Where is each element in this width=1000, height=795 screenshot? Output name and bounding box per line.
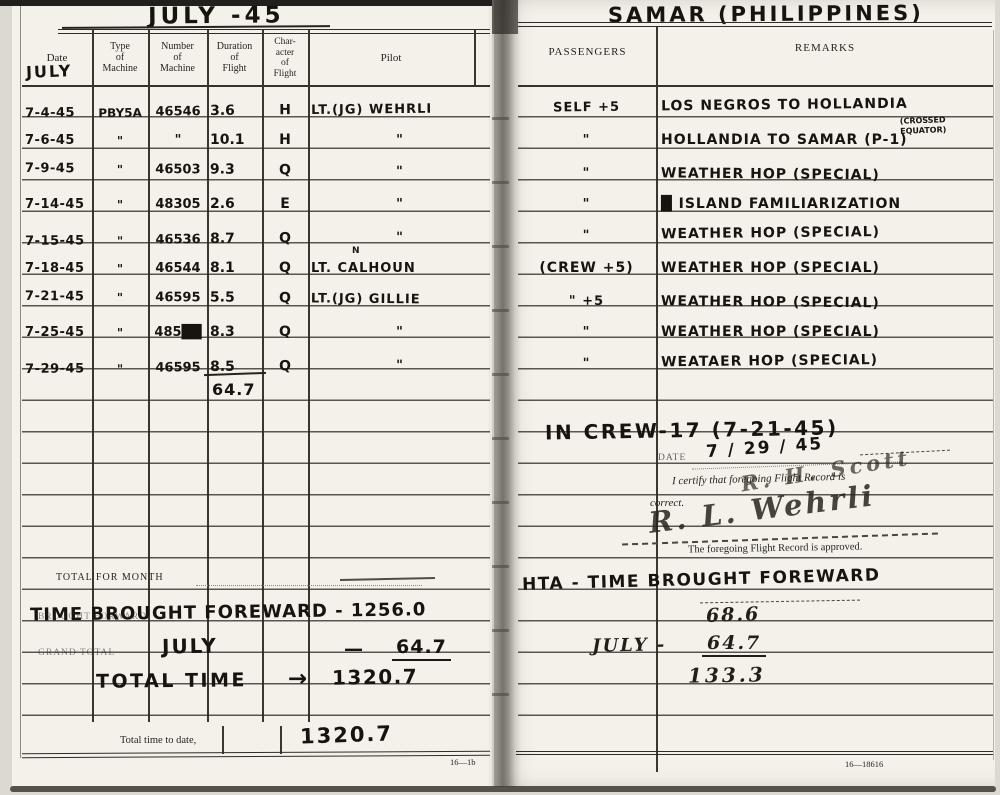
stitch-mark [492, 117, 509, 120]
cell-remarks: WEATHER HOP (SPECIAL) [661, 260, 994, 276]
double-rule-bottom-right-2 [516, 754, 993, 755]
double-rule-top-right-2 [518, 26, 992, 27]
cell-passengers: " +5 [518, 293, 655, 309]
header-character: Char- acter of Flight [262, 37, 308, 80]
double-rule-bottom-right-1 [516, 751, 993, 752]
july-label-hand: JULY [162, 634, 218, 659]
header-number: Number of Machine [148, 41, 207, 75]
cell-passengers: " [518, 197, 655, 212]
double-rule-top-right-1 [518, 22, 992, 23]
total-time-value: 1320.7 [332, 664, 419, 690]
header-duration: Duration of Flight [207, 41, 262, 75]
grand-total-value-right: 133.3 [688, 662, 766, 687]
cell-passengers: " [518, 133, 655, 148]
grand-total-label: GRAND TOTAL [38, 648, 115, 658]
form-number-left: 16—1b [450, 757, 476, 767]
cell-passengers: SELF +5 [518, 99, 655, 115]
cell-passengers: " [518, 355, 655, 371]
july-value-right: 64.7 [702, 632, 766, 657]
total-time-arrow: → [288, 666, 308, 692]
brought-forward-value: 68.6 [706, 603, 761, 627]
month-label: JULY [26, 61, 73, 82]
bottom-cell-line-1 [222, 726, 224, 754]
july-label-right: JULY - [592, 634, 667, 656]
stitch-mark [492, 693, 509, 696]
cell-remarks: WEATHER HOP (SPECIAL) [661, 165, 994, 184]
table-row: " WEATHER HOP (SPECIAL) [0, 312, 1000, 340]
total-time-to-date-label: Total time to date, [120, 735, 196, 746]
double-rule-top-left-1 [58, 29, 490, 30]
scan-bottom-edge [10, 786, 996, 792]
cell-passengers: " [518, 227, 655, 243]
header-type: Type of Machine [92, 41, 148, 75]
stitch-mark [492, 565, 509, 568]
header-pilot: Pilot [308, 52, 474, 64]
col-line-pilot-right [474, 30, 476, 86]
double-rule-top-left-2 [58, 33, 490, 34]
logbook-scan: JULY -45 Date Type of Machine Number of … [0, 0, 1000, 795]
stitch-mark [492, 629, 509, 632]
stitch-mark [492, 437, 509, 440]
stitch-mark [492, 181, 509, 184]
stitch-mark [492, 373, 509, 376]
spine-shadow-top [492, 0, 518, 34]
total-for-month-leader [196, 584, 422, 586]
cell-remarks: █ ISLAND FAMILIARIZATION [661, 196, 994, 212]
bottom-cell-line-2 [280, 726, 282, 754]
table-row: " HOLLANDIA TO SAMAR (P-1) [0, 120, 1000, 148]
table-row: (CREW +5) WEATHER HOP (SPECIAL) [0, 248, 1000, 276]
cell-passengers: (CREW +5) [518, 260, 655, 276]
july-dash: — [344, 638, 364, 660]
form-number-right: 16—18616 [845, 759, 883, 769]
cell-remarks: WEATHER HOP (SPECIAL) [661, 324, 994, 340]
total-time-label: TOTAL TIME [96, 669, 247, 693]
table-row: " █ ISLAND FAMILIARIZATION [0, 184, 1000, 212]
stitch-mark [492, 309, 509, 312]
cell-remarks: HOLLANDIA TO SAMAR (P-1) [661, 132, 994, 148]
july-hours-value: 64.7 [392, 636, 451, 661]
stitch-mark [492, 501, 509, 504]
duration-month-total: 64.7 [212, 380, 255, 399]
cell-remarks: WEATHER HOP (SPECIAL) [661, 293, 994, 312]
stitch-mark [492, 245, 509, 248]
ruled-lines-left [22, 86, 490, 726]
total-for-month-label: TOTAL FOR MONTH [56, 572, 164, 583]
cell-passengers: " [518, 165, 655, 181]
header-passengers: PASSENGERS [520, 46, 655, 58]
right-page-title: SAMAR (PHILIPPINES) [608, 1, 924, 27]
date-label: DATE [658, 453, 686, 463]
header-remarks: REMARKS [660, 42, 990, 54]
cell-passengers: " [518, 325, 655, 340]
total-time-to-date-value: 1320.7 [300, 721, 394, 748]
